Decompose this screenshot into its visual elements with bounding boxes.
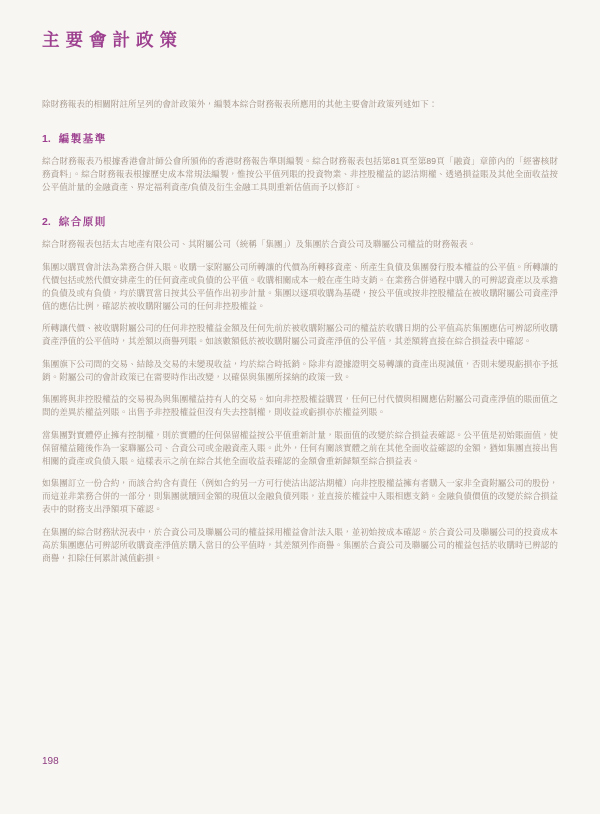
page-number: 198 [42, 756, 59, 767]
paragraph: 集團以購買會計法為業務合併入賬。收購一家附屬公司所轉讓的代價為所轉移資產、所產生… [42, 261, 558, 313]
section-1-title: 編製基準 [59, 131, 107, 146]
paragraph: 綜合財務報表包括太古地產有限公司、其附屬公司（統稱「集團」）及集團於合資公司及聯… [42, 238, 558, 251]
paragraph: 集團將與非控股權益的交易視為與集團權益持有人的交易。如向非控股權益購買，任何已付… [42, 393, 558, 419]
intro-paragraph: 除財務報表的相關附註所呈列的會計政策外，編製本綜合財務報表所應用的其他主要會計政… [42, 98, 558, 111]
paragraph: 所轉讓代價、被收購附屬公司的任何非控股權益金額及任何先前於被收購附屬公司的權益於… [42, 322, 558, 348]
section-2-number: 2. [42, 216, 51, 228]
paragraph: 在集團的綜合財務狀況表中，於合資公司及聯屬公司的權益採用權益會計法入賬，並初始按… [42, 526, 558, 565]
section-1-heading: 1. 編製基準 [42, 131, 558, 146]
paragraph: 集團旗下公司間的交易、結餘及交易的未變現收益，均於綜合時抵銷。除非有證據證明交易… [42, 358, 558, 384]
paragraph: 當集團對實體停止擁有控制權，則於實體的任何保留權益按公平值重新計量，賬面值的改變… [42, 429, 558, 468]
section-2-title: 綜合原則 [59, 214, 107, 229]
paragraph: 綜合財務報表乃根據香港會計師公會所頒佈的香港財務報告準則編製。綜合財務報表包括第… [42, 155, 558, 194]
document-page: 主要會計政策 除財務報表的相關附註所呈列的會計政策外，編製本綜合財務報表所應用的… [0, 0, 600, 814]
section-principles-of-consolidation: 2. 綜合原則 綜合財務報表包括太古地產有限公司、其附屬公司（統稱「集團」）及集… [42, 214, 558, 565]
section-1-number: 1. [42, 133, 51, 145]
paragraph: 如集團訂立一份合約，而該合約含有責任（例如合約另一方可行使沽出認沽期權）向非控股… [42, 477, 558, 516]
section-2-heading: 2. 綜合原則 [42, 214, 558, 229]
page-title: 主要會計政策 [42, 27, 558, 52]
section-basis-of-preparation: 1. 編製基準 綜合財務報表乃根據香港會計師公會所頒佈的香港財務報告準則編製。綜… [42, 131, 558, 194]
